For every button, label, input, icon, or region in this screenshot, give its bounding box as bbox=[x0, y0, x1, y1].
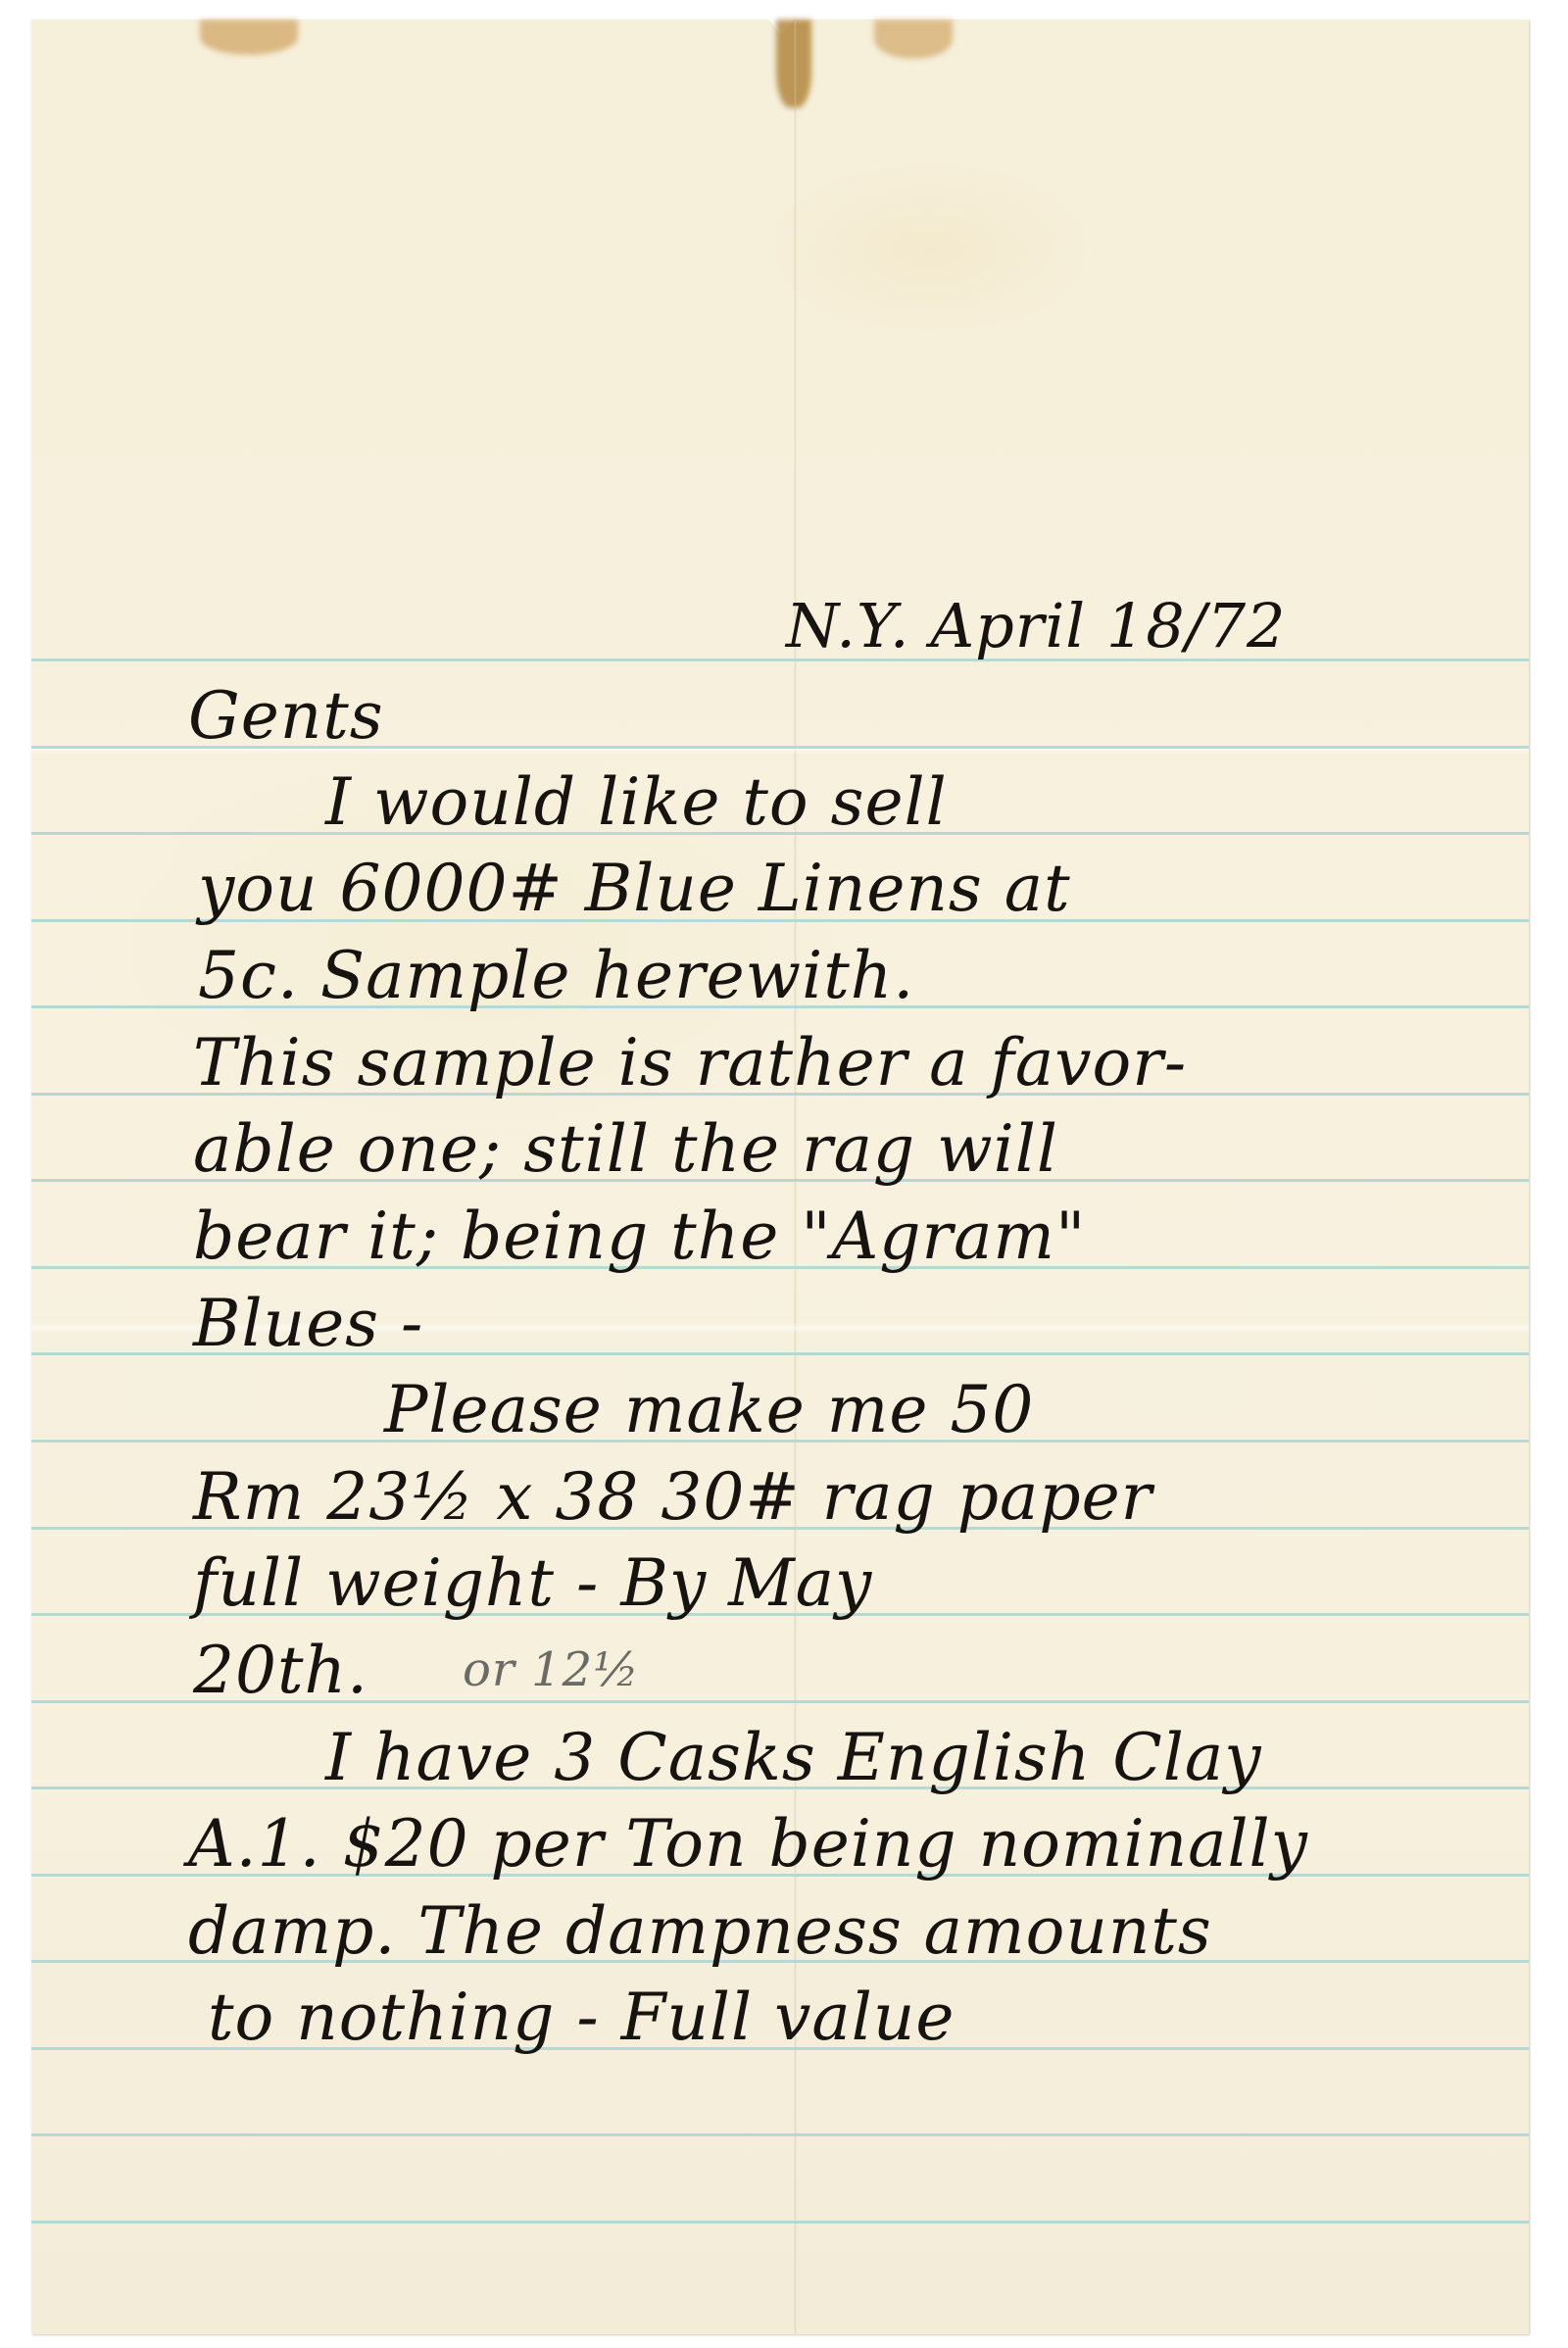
letter-line: This sample is rather a favor- bbox=[193, 1025, 1187, 1101]
letter-salutation: Gents bbox=[188, 678, 384, 754]
letter-dateline: N.Y. April 18/72 bbox=[786, 590, 1287, 661]
letter-line: full weight - By May bbox=[193, 1545, 872, 1621]
letter-line: Please make me 50 bbox=[384, 1372, 1034, 1447]
letter-line: to nothing - Full value bbox=[208, 1980, 955, 2055]
letter-line: able one; still the rag will bbox=[193, 1111, 1058, 1187]
ruled-line bbox=[31, 2133, 1529, 2136]
letter-line: bear it; being the "Agram" bbox=[193, 1198, 1086, 1274]
letter-line: Rm 23½ x 38 30# rag paper bbox=[193, 1459, 1152, 1535]
letter-line: damp. The dampness amounts bbox=[188, 1893, 1212, 1969]
pencil-annotation: or 12½ bbox=[463, 1642, 640, 1697]
letter-line: 20th. bbox=[193, 1633, 368, 1708]
letter-line: you 6000# Blue Linens at bbox=[198, 851, 1071, 926]
ruled-line bbox=[31, 2221, 1529, 2224]
rust-stain bbox=[874, 20, 953, 59]
letter-line: Blues - bbox=[193, 1286, 423, 1361]
letter-line: I have 3 Casks English Clay bbox=[325, 1720, 1262, 1795]
ruled-line bbox=[31, 659, 1529, 661]
letter-line: I would like to sell bbox=[325, 764, 948, 840]
rust-stain bbox=[200, 20, 298, 55]
letter-line: 5c. Sample herewith. bbox=[198, 938, 914, 1013]
letter-sheet: N.Y. April 18/72 Gents I would like to s… bbox=[31, 20, 1529, 2334]
letter-line: A.1. $20 per Ton being nominally bbox=[188, 1806, 1308, 1882]
